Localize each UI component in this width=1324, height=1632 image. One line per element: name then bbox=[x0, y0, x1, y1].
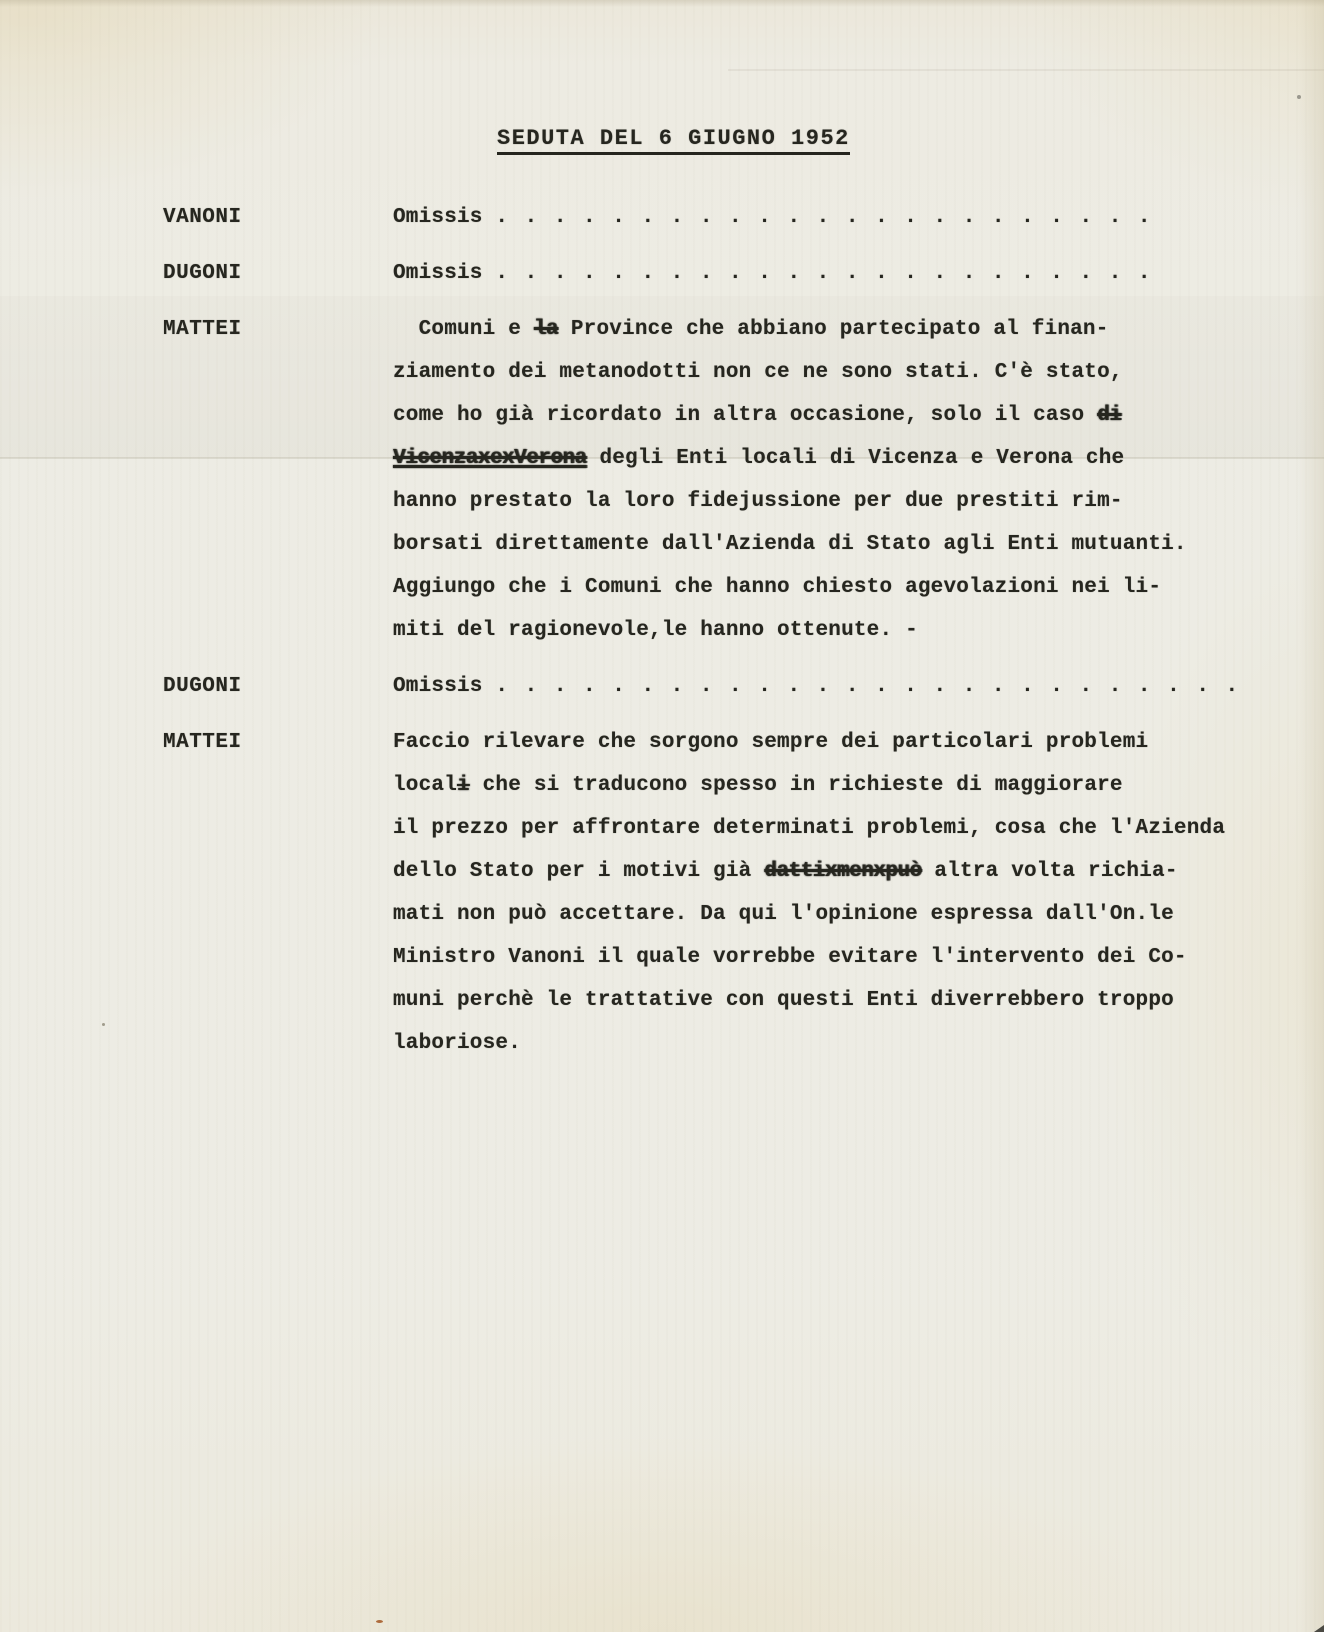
text-line: hanno prestato la loro fidejussione per … bbox=[393, 480, 1273, 523]
typed-text: Omissis bbox=[393, 675, 495, 698]
overstruck-text: dattixmenxpuò bbox=[764, 860, 921, 883]
paper-speck bbox=[1297, 95, 1301, 99]
typed-text: Aggiungo che i Comuni che hanno chiesto … bbox=[393, 576, 1161, 599]
transcript-entry: MATTEI Comuni e la Province che abbiano … bbox=[163, 308, 1273, 652]
entries: VANONIOmissis . . . . . . . . . . . . . … bbox=[163, 196, 1273, 1078]
typed-text: local bbox=[393, 774, 457, 797]
overstruck-text: di bbox=[1097, 404, 1121, 427]
overstruck-text: la bbox=[534, 318, 558, 341]
omissis-dots: . . . . . . . . . . . . . . . . . . . . … bbox=[495, 206, 1151, 229]
overstruck-text: VicenzaxexVerona bbox=[393, 447, 587, 470]
entry-text: Omissis . . . . . . . . . . . . . . . . … bbox=[393, 665, 1273, 708]
text-line: il prezzo per affrontare determinati pro… bbox=[393, 807, 1273, 850]
text-line: come ho già ricordato in altra occasione… bbox=[393, 394, 1273, 437]
typed-text: ziamento dei metanodotti non ce ne sono … bbox=[393, 361, 1123, 384]
overstruck-text: i bbox=[457, 774, 470, 797]
text-line: mati non può accettare. Da qui l'opinion… bbox=[393, 893, 1273, 936]
typed-text: Province che abbiano partecipato al fina… bbox=[558, 318, 1109, 341]
text-line: Omissis . . . . . . . . . . . . . . . . … bbox=[393, 665, 1273, 708]
speaker-label: VANONI bbox=[163, 196, 393, 239]
speaker-label: MATTEI bbox=[163, 721, 393, 1065]
text-line: locali che si traducono spesso in richie… bbox=[393, 764, 1273, 807]
speaker-label: DUGONI bbox=[163, 252, 393, 295]
typed-text: muni perchè le trattative con questi Ent… bbox=[393, 989, 1174, 1012]
omissis-dots: . . . . . . . . . . . . . . . . . . . . … bbox=[495, 675, 1239, 698]
document-page: SEDUTA DEL 6 GIUGNO 1952 VANONIOmissis .… bbox=[0, 0, 1324, 1632]
text-line: Omissis . . . . . . . . . . . . . . . . … bbox=[393, 252, 1273, 295]
text-line: Omissis . . . . . . . . . . . . . . . . … bbox=[393, 196, 1273, 239]
page-edge-shading bbox=[1298, 0, 1324, 1632]
transcript-entry: DUGONIOmissis . . . . . . . . . . . . . … bbox=[163, 665, 1273, 708]
text-line: Ministro Vanoni il quale vorrebbe evitar… bbox=[393, 936, 1273, 979]
entry-text: Omissis . . . . . . . . . . . . . . . . … bbox=[393, 252, 1273, 295]
paper-speck bbox=[102, 1023, 105, 1026]
typed-text: come ho già ricordato in altra occasione… bbox=[393, 404, 1097, 427]
typed-text: Omissis bbox=[393, 262, 495, 285]
page-edge-shading bbox=[0, 0, 1324, 7]
text-line: Comuni e la Province che abbiano parteci… bbox=[393, 308, 1273, 351]
text-line: Faccio rilevare che sorgono sempre dei p… bbox=[393, 721, 1273, 764]
entry-text: Omissis . . . . . . . . . . . . . . . . … bbox=[393, 196, 1273, 239]
speaker-label: DUGONI bbox=[163, 665, 393, 708]
transcript-entry: MATTEIFaccio rilevare che sorgono sempre… bbox=[163, 721, 1273, 1065]
typed-text: Comuni e bbox=[393, 318, 534, 341]
speaker-label: MATTEI bbox=[163, 308, 393, 652]
typed-text: degli Enti locali di Vicenza e Verona ch… bbox=[587, 447, 1125, 470]
typed-text: il prezzo per affrontare determinati pro… bbox=[393, 817, 1225, 840]
entry-text: Comuni e la Province che abbiano parteci… bbox=[393, 308, 1273, 652]
transcript-entry: DUGONIOmissis . . . . . . . . . . . . . … bbox=[163, 252, 1273, 295]
scan-corner-artifact bbox=[1314, 1625, 1324, 1632]
text-line: muni perchè le trattative con questi Ent… bbox=[393, 979, 1273, 1022]
entry-text: Faccio rilevare che sorgono sempre dei p… bbox=[393, 721, 1273, 1065]
typed-text: Faccio rilevare che sorgono sempre dei p… bbox=[393, 731, 1148, 754]
transcript-entry: VANONIOmissis . . . . . . . . . . . . . … bbox=[163, 196, 1273, 239]
typed-text: hanno prestato la loro fidejussione per … bbox=[393, 490, 1123, 513]
text-line: ziamento dei metanodotti non ce ne sono … bbox=[393, 351, 1273, 394]
page-title: SEDUTA DEL 6 GIUGNO 1952 bbox=[497, 126, 850, 155]
text-line: dello Stato per i motivi già dattixmenxp… bbox=[393, 850, 1273, 893]
typed-text: dello Stato per i motivi già bbox=[393, 860, 764, 883]
typed-text: Ministro Vanoni il quale vorrebbe evitar… bbox=[393, 946, 1187, 969]
typed-text: che si traducono spesso in richieste di … bbox=[470, 774, 1123, 797]
paper-speck bbox=[376, 1620, 383, 1623]
typed-text: laboriose. bbox=[393, 1032, 521, 1055]
typed-text: miti del ragionevole,le hanno ottenute. … bbox=[393, 619, 918, 642]
omissis-dots: . . . . . . . . . . . . . . . . . . . . … bbox=[495, 262, 1151, 285]
text-line: borsati direttamente dall'Azienda di Sta… bbox=[393, 523, 1273, 566]
typed-text: mati non può accettare. Da qui l'opinion… bbox=[393, 903, 1174, 926]
text-line: laboriose. bbox=[393, 1022, 1273, 1065]
text-line: VicenzaxexVerona degli Enti locali di Vi… bbox=[393, 437, 1273, 480]
text-line: Aggiungo che i Comuni che hanno chiesto … bbox=[393, 566, 1273, 609]
typed-text: Omissis bbox=[393, 206, 495, 229]
scan-seam bbox=[728, 69, 1324, 71]
typed-text: altra volta richia- bbox=[922, 860, 1178, 883]
typed-text: borsati direttamente dall'Azienda di Sta… bbox=[393, 533, 1187, 556]
text-line: miti del ragionevole,le hanno ottenute. … bbox=[393, 609, 1273, 652]
